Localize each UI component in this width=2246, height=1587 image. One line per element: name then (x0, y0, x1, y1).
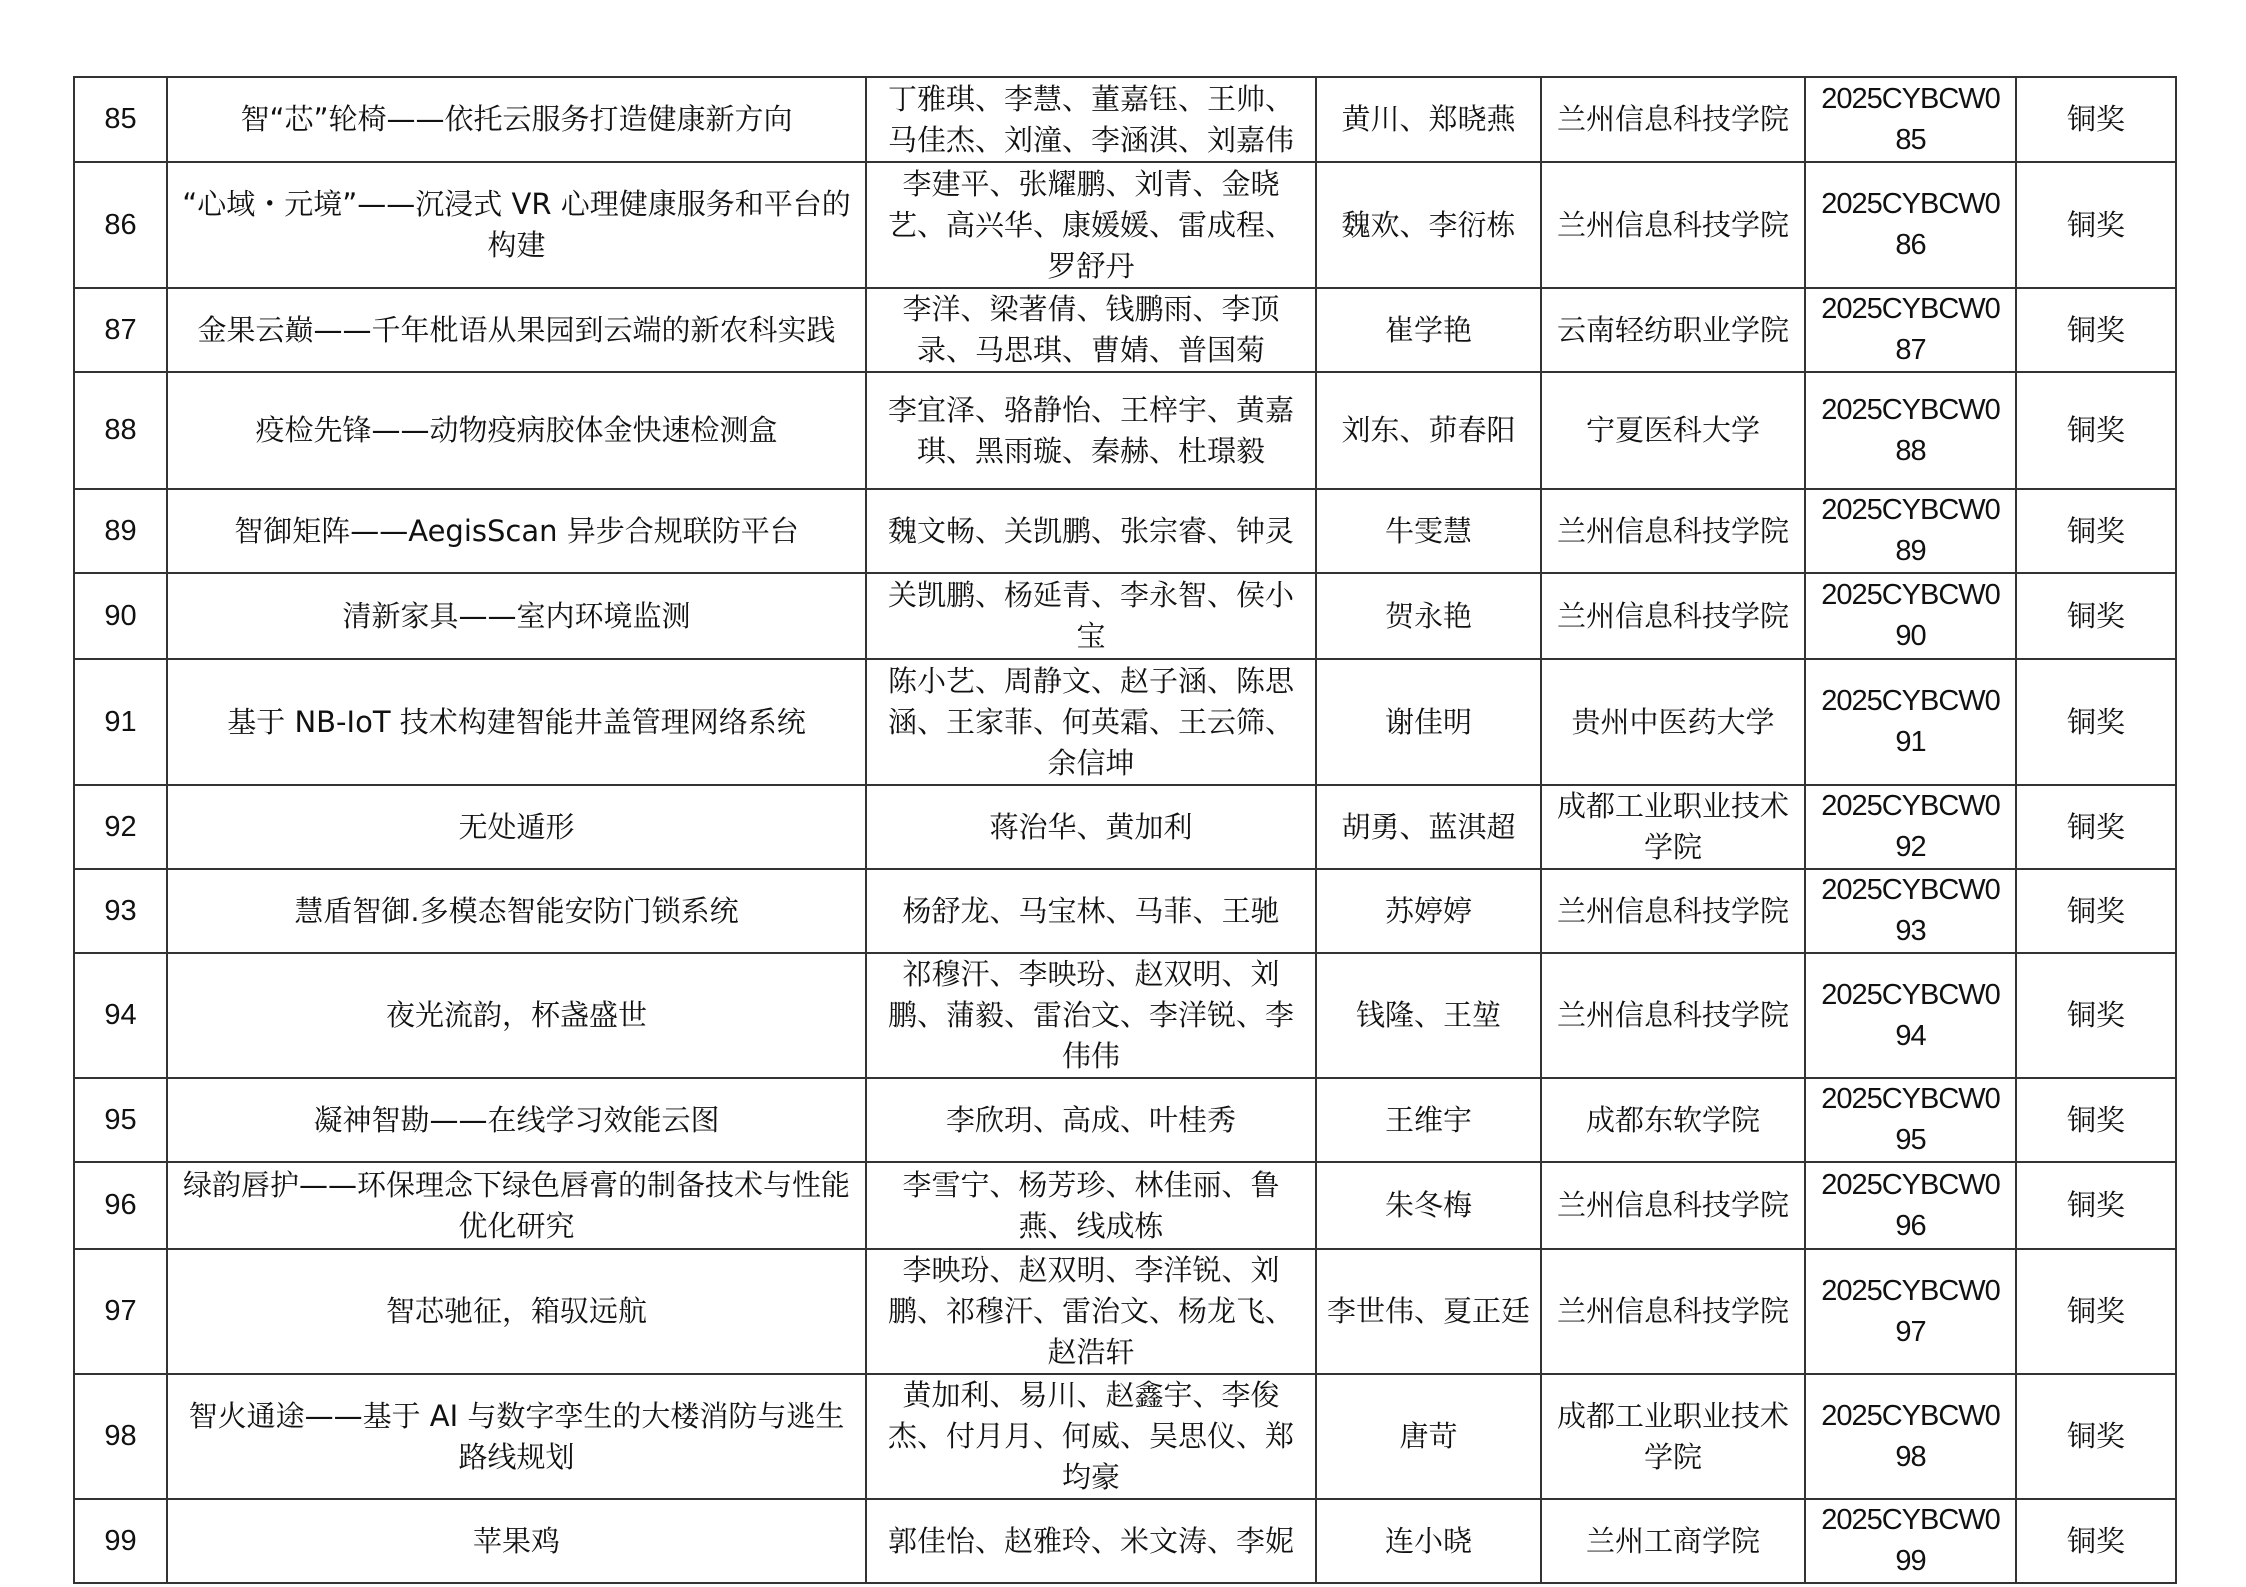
school: 兰州信息科技学院 (1541, 162, 1805, 288)
table-row: 87 金果云巅——千年枇语从果园到云端的新农科实践 李洋、梁著倩、钱鹏雨、李顶录… (74, 288, 2176, 372)
award-level: 铜奖 (2016, 953, 2176, 1078)
award-level: 铜奖 (2016, 1249, 2176, 1374)
award-level: 铜奖 (2016, 1078, 2176, 1162)
team-members: 蒋治华、黄加利 (866, 785, 1316, 869)
advisors: 魏欢、李衍栋 (1316, 162, 1541, 288)
school: 成都东软学院 (1541, 1078, 1805, 1162)
table-row: 90 清新家具——室内环境监测 关凯鹏、杨延青、李永智、侯小宝 贺永艳 兰州信息… (74, 573, 2176, 659)
project-name: 智芯驰征，箱驭远航 (167, 1249, 866, 1374)
project-name: 智御矩阵——AegisScan 异步合规联防平台 (167, 489, 866, 573)
school: 云南轻纺职业学院 (1541, 288, 1805, 372)
project-name: 绿韵唇护——环保理念下绿色唇膏的制备技术与性能优化研究 (167, 1162, 866, 1249)
advisors: 牛雯慧 (1316, 489, 1541, 573)
advisors: 苏婷婷 (1316, 869, 1541, 953)
school: 成都工业职业技术学院 (1541, 785, 1805, 869)
project-code: 2025CYBCW090 (1805, 573, 2016, 659)
table-row: 85 智“芯”轮椅——依托云服务打造健康新方向 丁雅琪、李慧、董嘉钰、王帅、马佳… (74, 77, 2176, 162)
project-name: 清新家具——室内环境监测 (167, 573, 866, 659)
team-members: 李映玢、赵双明、李洋锐、刘鹏、祁穆汗、雷治文、杨龙飞、赵浩轩 (866, 1249, 1316, 1374)
project-code: 2025CYBCW085 (1805, 77, 2016, 162)
table-row: 97 智芯驰征，箱驭远航 李映玢、赵双明、李洋锐、刘鹏、祁穆汗、雷治文、杨龙飞、… (74, 1249, 2176, 1374)
advisors: 王维宇 (1316, 1078, 1541, 1162)
project-name: 无处遁形 (167, 785, 866, 869)
row-number: 87 (74, 288, 167, 372)
project-code: 2025CYBCW089 (1805, 489, 2016, 573)
award-level: 铜奖 (2016, 573, 2176, 659)
school: 兰州信息科技学院 (1541, 489, 1805, 573)
school: 兰州信息科技学院 (1541, 869, 1805, 953)
team-members: 陈小艺、周静文、赵子涵、陈思涵、王家菲、何英霜、王云筛、余信坤 (866, 659, 1316, 785)
row-number: 90 (74, 573, 167, 659)
project-code: 2025CYBCW088 (1805, 372, 2016, 489)
row-number: 85 (74, 77, 167, 162)
team-members: 李宜泽、骆静怡、王梓宇、黄嘉琪、黑雨璇、秦赫、杜璟毅 (866, 372, 1316, 489)
awards-table-body: 85 智“芯”轮椅——依托云服务打造健康新方向 丁雅琪、李慧、董嘉钰、王帅、马佳… (74, 77, 2176, 1583)
team-members: 魏文畅、关凯鹏、张宗睿、钟灵 (866, 489, 1316, 573)
advisors: 贺永艳 (1316, 573, 1541, 659)
table-row: 96 绿韵唇护——环保理念下绿色唇膏的制备技术与性能优化研究 李雪宁、杨芳珍、林… (74, 1162, 2176, 1249)
project-name: 慧盾智御.多模态智能安防门锁系统 (167, 869, 866, 953)
row-number: 91 (74, 659, 167, 785)
table-row: 95 凝神智勘——在线学习效能云图 李欣玥、高成、叶桂秀 王维宇 成都东软学院 … (74, 1078, 2176, 1162)
advisors: 刘东、茆春阳 (1316, 372, 1541, 489)
advisors: 李世伟、夏正廷 (1316, 1249, 1541, 1374)
team-members: 祁穆汗、李映玢、赵双明、刘鹏、蒲毅、雷治文、李洋锐、李伟伟 (866, 953, 1316, 1078)
project-code: 2025CYBCW095 (1805, 1078, 2016, 1162)
award-level: 铜奖 (2016, 77, 2176, 162)
award-level: 铜奖 (2016, 1374, 2176, 1499)
project-name: “心域・元境”——沉浸式 VR 心理健康服务和平台的构建 (167, 162, 866, 288)
team-members: 李洋、梁著倩、钱鹏雨、李顶录、马思琪、曹婧、普国菊 (866, 288, 1316, 372)
award-level: 铜奖 (2016, 162, 2176, 288)
project-name: 夜光流韵，杯盏盛世 (167, 953, 866, 1078)
advisors: 钱隆、王堃 (1316, 953, 1541, 1078)
advisors: 连小晓 (1316, 1499, 1541, 1583)
school: 宁夏医科大学 (1541, 372, 1805, 489)
school: 成都工业职业技术学院 (1541, 1374, 1805, 1499)
advisors: 黄川、郑晓燕 (1316, 77, 1541, 162)
award-level: 铜奖 (2016, 288, 2176, 372)
team-members: 郭佳怡、赵雅玲、米文涛、李妮 (866, 1499, 1316, 1583)
table-row: 94 夜光流韵，杯盏盛世 祁穆汗、李映玢、赵双明、刘鹏、蒲毅、雷治文、李洋锐、李… (74, 953, 2176, 1078)
table-row: 88 疫检先锋——动物疫病胶体金快速检测盒 李宜泽、骆静怡、王梓宇、黄嘉琪、黑雨… (74, 372, 2176, 489)
advisors: 谢佳明 (1316, 659, 1541, 785)
team-members: 关凯鹏、杨延青、李永智、侯小宝 (866, 573, 1316, 659)
table-row: 86 “心域・元境”——沉浸式 VR 心理健康服务和平台的构建 李建平、张耀鹏、… (74, 162, 2176, 288)
award-level: 铜奖 (2016, 489, 2176, 573)
row-number: 92 (74, 785, 167, 869)
school: 兰州信息科技学院 (1541, 1162, 1805, 1249)
row-number: 86 (74, 162, 167, 288)
school: 兰州信息科技学院 (1541, 1249, 1805, 1374)
project-name: 金果云巅——千年枇语从果园到云端的新农科实践 (167, 288, 866, 372)
project-code: 2025CYBCW099 (1805, 1499, 2016, 1583)
advisors: 唐苛 (1316, 1374, 1541, 1499)
project-name: 苹果鸡 (167, 1499, 866, 1583)
table-row: 93 慧盾智御.多模态智能安防门锁系统 杨舒龙、马宝林、马菲、王驰 苏婷婷 兰州… (74, 869, 2176, 953)
award-level: 铜奖 (2016, 1499, 2176, 1583)
table-row: 91 基于 NB-IoT 技术构建智能井盖管理网络系统 陈小艺、周静文、赵子涵、… (74, 659, 2176, 785)
advisors: 胡勇、蓝淇超 (1316, 785, 1541, 869)
project-code: 2025CYBCW087 (1805, 288, 2016, 372)
award-level: 铜奖 (2016, 785, 2176, 869)
project-code: 2025CYBCW094 (1805, 953, 2016, 1078)
award-level: 铜奖 (2016, 372, 2176, 489)
project-code: 2025CYBCW092 (1805, 785, 2016, 869)
award-level: 铜奖 (2016, 869, 2176, 953)
row-number: 93 (74, 869, 167, 953)
advisors: 朱冬梅 (1316, 1162, 1541, 1249)
project-code: 2025CYBCW086 (1805, 162, 2016, 288)
row-number: 96 (74, 1162, 167, 1249)
project-code: 2025CYBCW091 (1805, 659, 2016, 785)
project-name: 凝神智勘——在线学习效能云图 (167, 1078, 866, 1162)
school: 兰州信息科技学院 (1541, 77, 1805, 162)
project-name: 智火通途——基于 AI 与数字孪生的大楼消防与逃生路线规划 (167, 1374, 866, 1499)
project-name: 智“芯”轮椅——依托云服务打造健康新方向 (167, 77, 866, 162)
row-number: 95 (74, 1078, 167, 1162)
table-row: 99 苹果鸡 郭佳怡、赵雅玲、米文涛、李妮 连小晓 兰州工商学院 2025CYB… (74, 1499, 2176, 1583)
project-code: 2025CYBCW098 (1805, 1374, 2016, 1499)
team-members: 丁雅琪、李慧、董嘉钰、王帅、马佳杰、刘潼、李涵淇、刘嘉伟 (866, 77, 1316, 162)
table-row: 92 无处遁形 蒋治华、黄加利 胡勇、蓝淇超 成都工业职业技术学院 2025CY… (74, 785, 2176, 869)
row-number: 97 (74, 1249, 167, 1374)
team-members: 李欣玥、高成、叶桂秀 (866, 1078, 1316, 1162)
row-number: 88 (74, 372, 167, 489)
row-number: 89 (74, 489, 167, 573)
school: 兰州工商学院 (1541, 1499, 1805, 1583)
table-row: 89 智御矩阵——AegisScan 异步合规联防平台 魏文畅、关凯鹏、张宗睿、… (74, 489, 2176, 573)
school: 贵州中医药大学 (1541, 659, 1805, 785)
team-members: 黄加利、易川、赵鑫宇、李俊杰、付月月、何威、吴思仪、郑均豪 (866, 1374, 1316, 1499)
team-members: 李建平、张耀鹏、刘青、金晓艺、高兴华、康媛媛、雷成程、罗舒丹 (866, 162, 1316, 288)
row-number: 98 (74, 1374, 167, 1499)
project-code: 2025CYBCW093 (1805, 869, 2016, 953)
school: 兰州信息科技学院 (1541, 953, 1805, 1078)
school: 兰州信息科技学院 (1541, 573, 1805, 659)
team-members: 杨舒龙、马宝林、马菲、王驰 (866, 869, 1316, 953)
project-name: 基于 NB-IoT 技术构建智能井盖管理网络系统 (167, 659, 866, 785)
project-name: 疫检先锋——动物疫病胶体金快速检测盒 (167, 372, 866, 489)
team-members: 李雪宁、杨芳珍、林佳丽、鲁燕、线成栋 (866, 1162, 1316, 1249)
awards-table: 85 智“芯”轮椅——依托云服务打造健康新方向 丁雅琪、李慧、董嘉钰、王帅、马佳… (73, 76, 2177, 1584)
project-code: 2025CYBCW097 (1805, 1249, 2016, 1374)
advisors: 崔学艳 (1316, 288, 1541, 372)
table-row: 98 智火通途——基于 AI 与数字孪生的大楼消防与逃生路线规划 黄加利、易川、… (74, 1374, 2176, 1499)
row-number: 94 (74, 953, 167, 1078)
row-number: 99 (74, 1499, 167, 1583)
award-level: 铜奖 (2016, 1162, 2176, 1249)
award-level: 铜奖 (2016, 659, 2176, 785)
project-code: 2025CYBCW096 (1805, 1162, 2016, 1249)
